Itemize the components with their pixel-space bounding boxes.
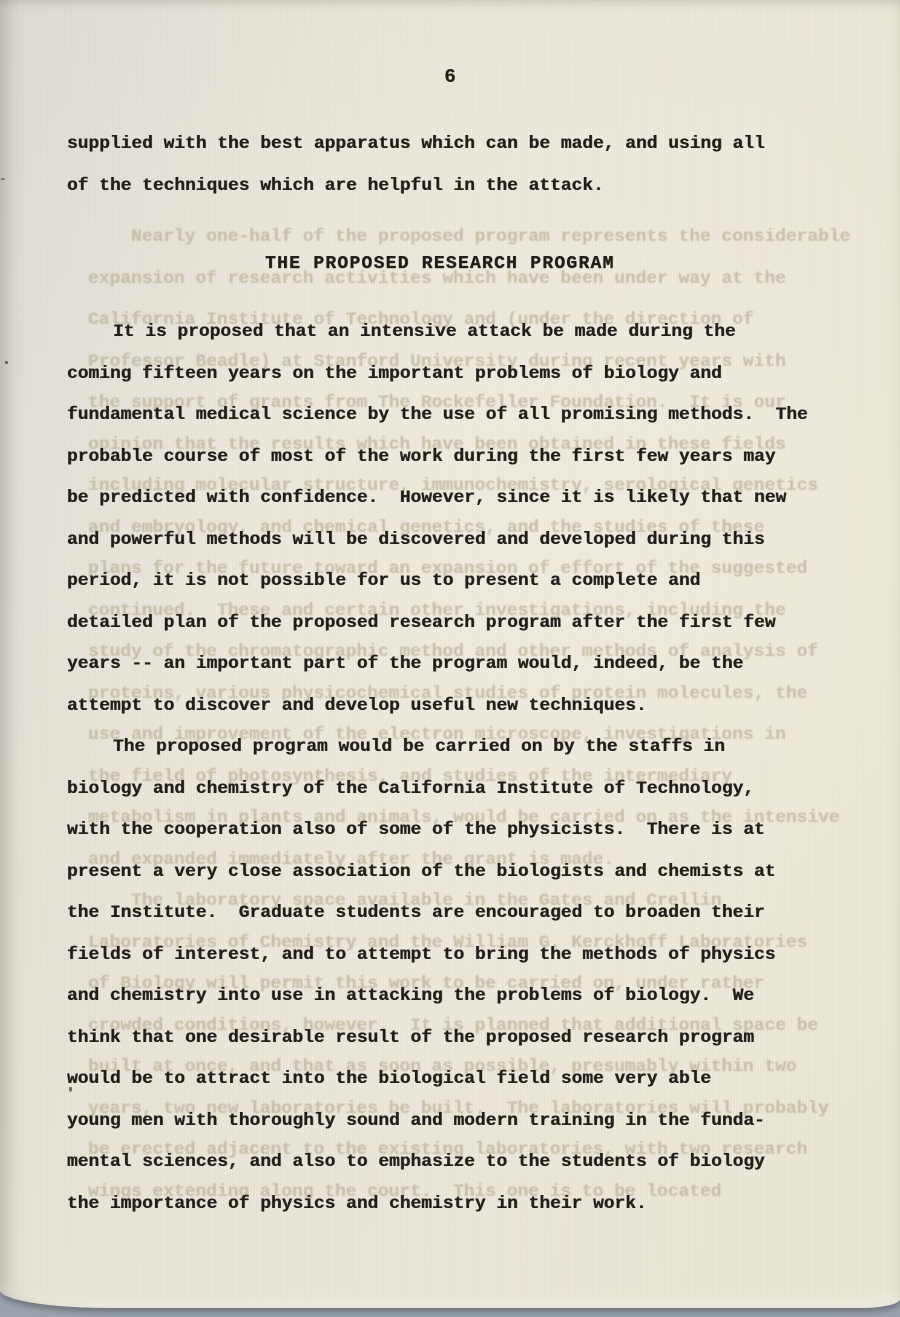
document-page: Nearly one-half of the proposed program … [0,0,900,1308]
text-line: detailed plan of the proposed research p… [67,603,867,645]
paragraph-two: The proposed program would be carried on… [67,727,867,1225]
text-line: biology and chemistry of the California … [67,769,867,811]
text-line: fundamental medical science by the use o… [67,395,867,437]
text-line: of the techniques which are helpful in t… [67,166,867,208]
ink-speck [5,361,8,364]
edge-mark [1,178,5,180]
text-line: be predicted with confidence. However, s… [67,478,867,520]
section-heading: THE PROPOSED RESEARCH PROGRAM [265,244,615,286]
text-line: the Institute. Graduate students are enc… [67,893,867,935]
text-line: and powerful methods will be discovered … [67,520,867,562]
page-number: 6 [0,57,900,99]
text-line: think that one desirable result of the p… [67,1018,867,1060]
text-line: attempt to discover and develop useful n… [67,686,867,728]
text-line: It is proposed that an intensive attack … [67,312,867,354]
text-line: The proposed program would be carried on… [67,727,867,769]
text-line: and chemistry into use in attacking the … [67,976,867,1018]
text-line: mental sciences, and also to emphasize t… [67,1142,867,1184]
text-line: the importance of physics and chemistry … [67,1184,867,1226]
text-line: young men with thoroughly sound and mode… [67,1101,867,1143]
text-line: with the cooperation also of some of the… [67,810,867,852]
text-line: probable course of most of the work duri… [67,437,867,479]
intro-paragraph: supplied with the best apparatus which c… [67,124,867,207]
text-line: supplied with the best apparatus which c… [67,124,867,166]
text-line: years -- an important part of the progra… [67,644,867,686]
text-line: fields of interest, and to attempt to br… [67,935,867,977]
text-line: present a very close association of the … [67,852,867,894]
text-line: would be to attract into the biological … [67,1059,867,1101]
paragraph-one: It is proposed that an intensive attack … [67,312,867,727]
text-line: coming fifteen years on the important pr… [67,354,867,396]
text-line: period, it is not possible for us to pre… [67,561,867,603]
scanned-document-screenshot: { "document": { "page_number": "6", "hea… [0,0,900,1317]
ink-speck [69,1087,72,1092]
background-surface [0,1308,900,1317]
